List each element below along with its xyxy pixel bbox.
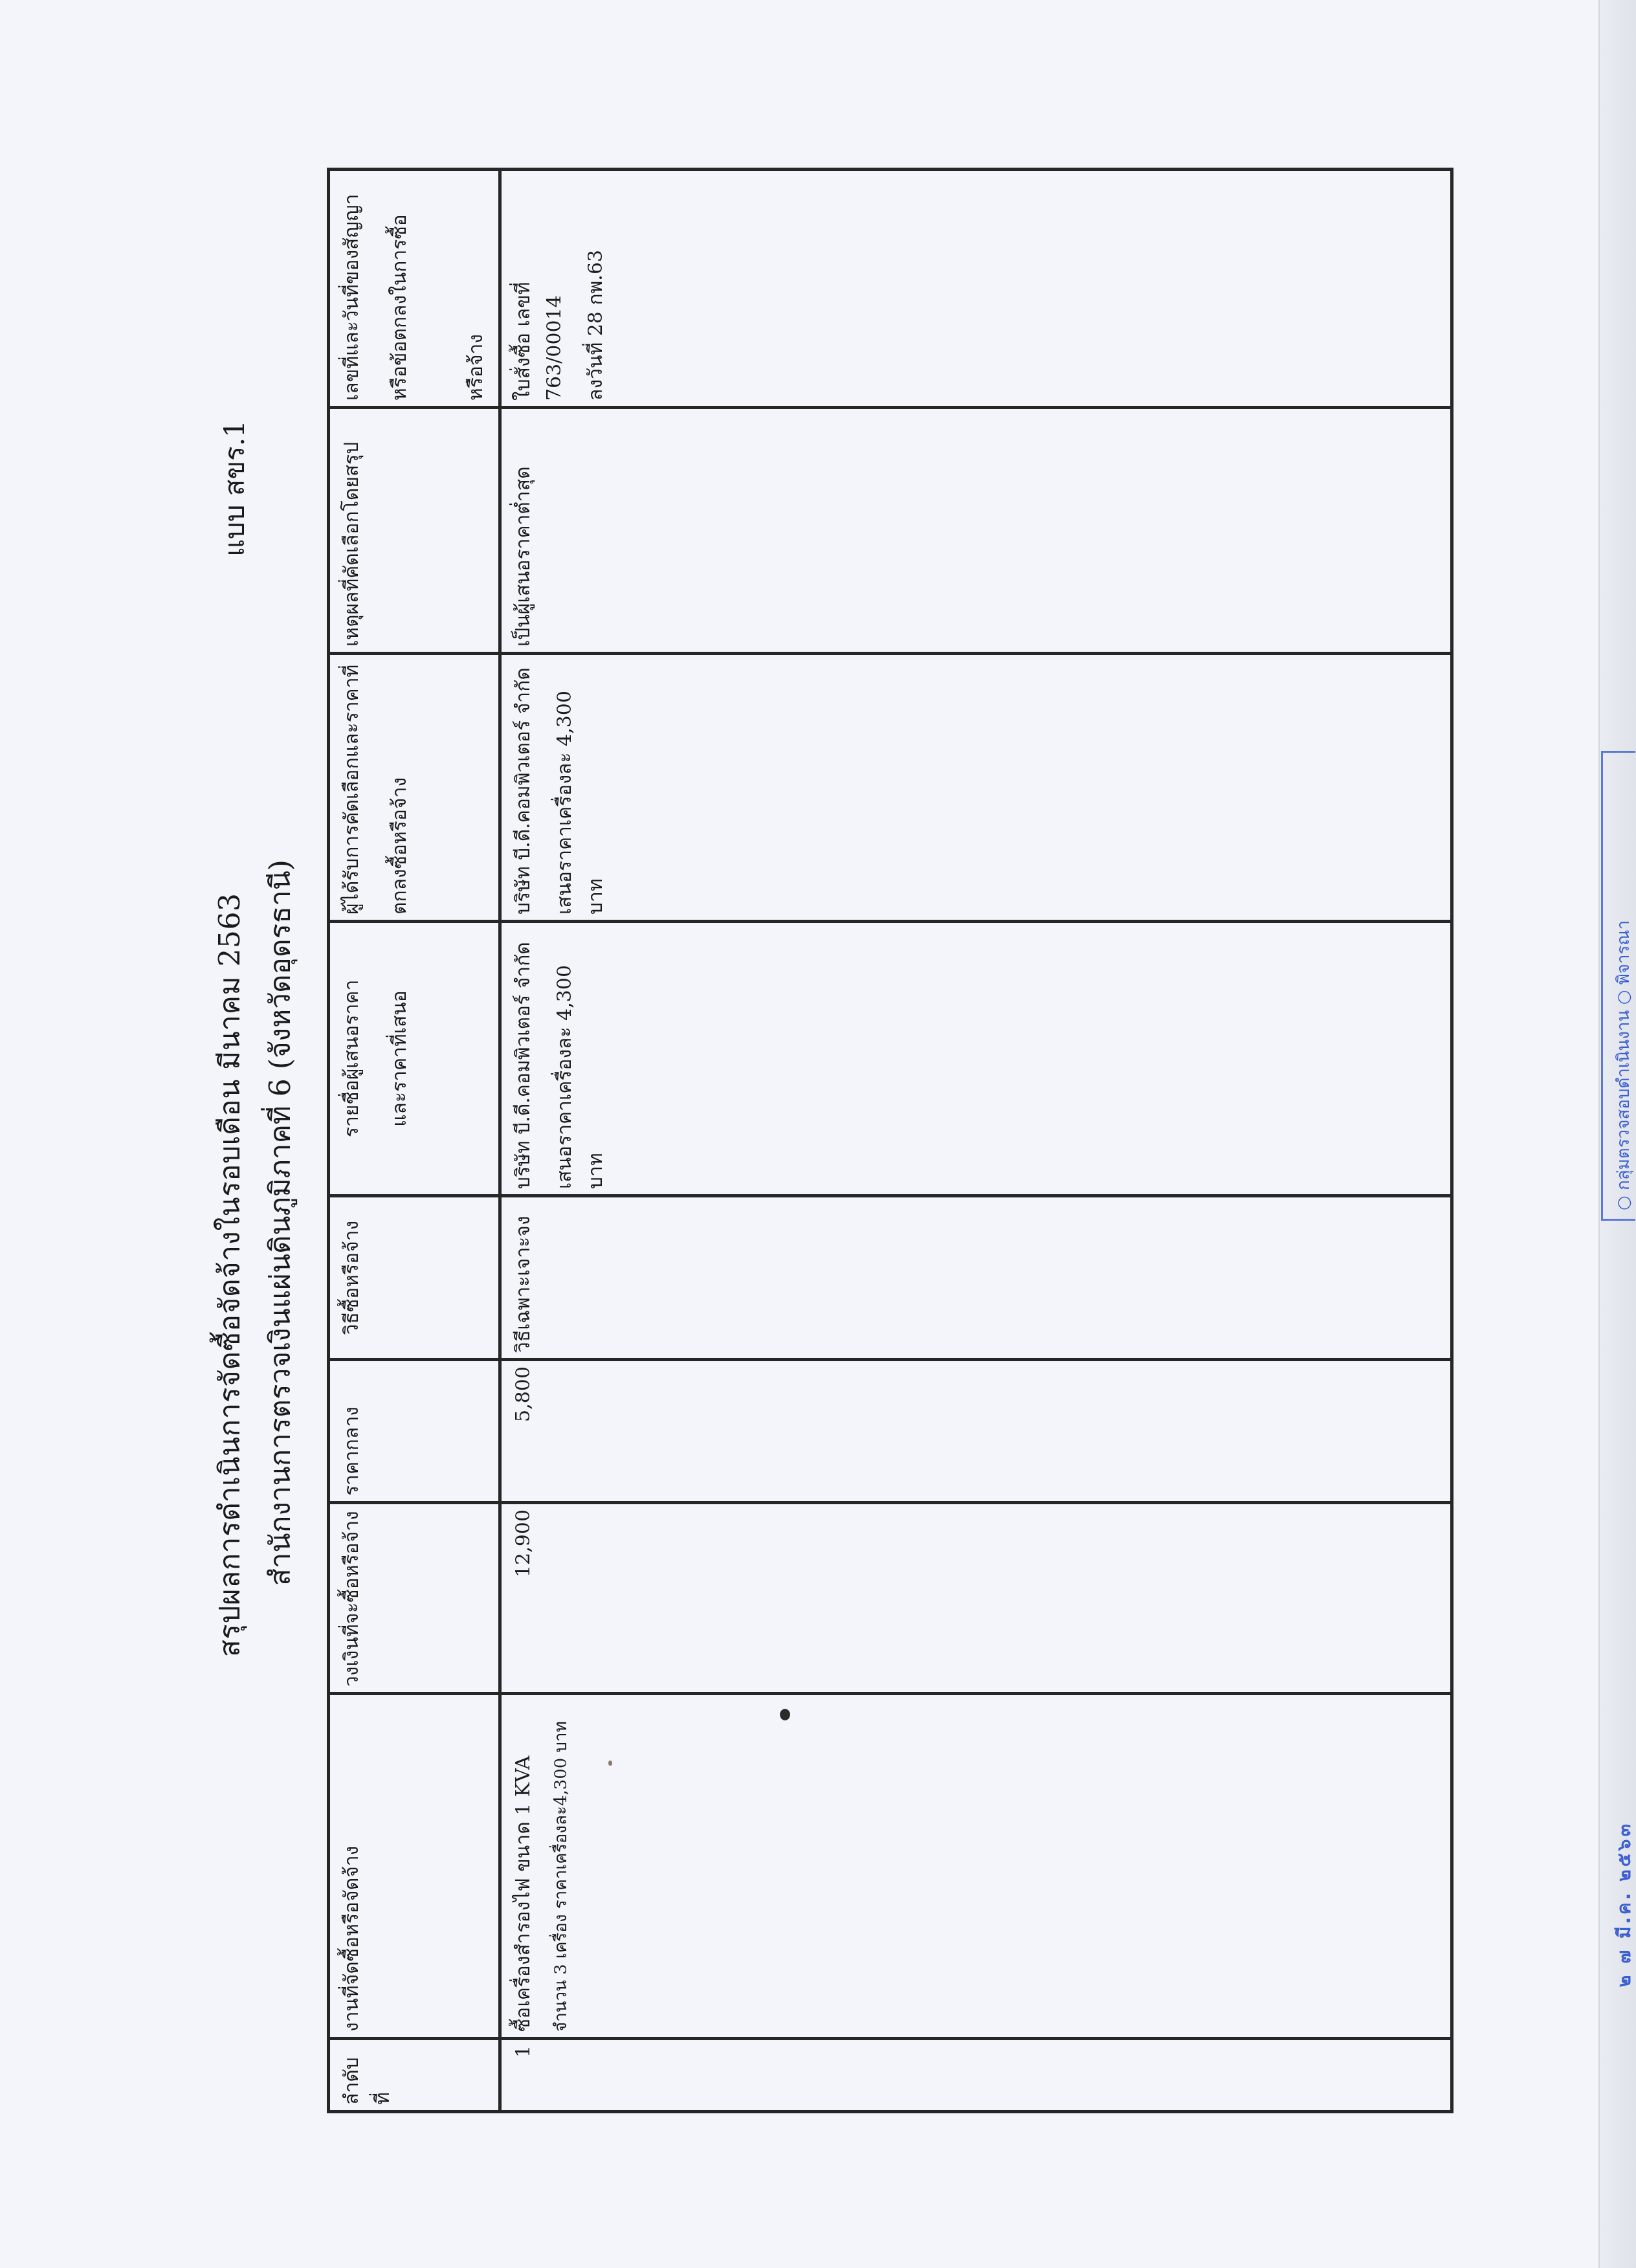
scan-speck [608,1761,612,1766]
cell-budget: 12,900 [500,1503,1452,1694]
table-header-row: ลำดับที่ งานที่จัดซื้อหรือจัดจ้าง วงเงิน… [329,170,500,2112]
header-bidders: รายชื่อผู้เสนอราคาและราคาที่เสนอ [329,922,500,1196]
cell-no: 1 [500,2039,1452,2112]
cell-reference-price: 5,800 [500,1360,1452,1503]
cell-reason: เป็นผู้เสนอราคาต่ำสุด [500,408,1452,654]
header-method: วิธีซื้อหรือจ้าง [329,1196,500,1360]
document-title: สรุปผลการดำเนินการจัดซื้อจัดจ้างในรอบเดื… [207,893,252,1657]
header-contract: เลขที่และวันที่ของสัญญาหรือข้อตกลงในการซ… [329,170,500,408]
routing-stamp: ○ กลุ่มตรวจสอบดำเนินงาน ○ พิจารณา [1610,920,1636,1210]
header-reason: เหตุผลที่คัดเลือกโดยสรุป [329,408,500,654]
cell-winner: บริษัท บี.ดี.คอมพิวเตอร์ จำกัด เสนอราคาเ… [500,654,1452,922]
table-row: 1 ซื้อเครื่องสำรองไฟ ขนาด 1 KVA จำนวน 3 … [500,170,1452,2112]
header-reference-price: ราคากลาง [329,1360,500,1503]
document-subtitle: สำนักงานการตรวจเงินแผ่นดินภูมิภาคที่ 6 (… [258,860,303,1586]
form-code: แบบ สขร.1 [214,420,256,557]
received-date-stamp: ๒ ๗ มี.ค. ๒๕๖๓ [1610,1821,1636,1987]
cell-contract: ใบสั่งซื้อ เลขที่ 763/00014 ลงวันที่ 28 … [500,170,1452,408]
cell-method: วิธีเฉพาะเจาะจง [500,1196,1452,1360]
procurement-table-wrap: ลำดับที่ งานที่จัดซื้อหรือจัดจ้าง วงเงิน… [327,171,1454,2113]
title-block: สรุปผลการดำเนินการจัดซื้อจัดจ้างในรอบเดื… [207,168,337,1657]
header-budget: วงเงินที่จะซื้อหรือจ้าง [329,1503,500,1694]
scan-speck [780,1709,790,1720]
cell-bidders: บริษัท บี.ดี.คอมพิวเตอร์ จำกัด เสนอราคาเ… [500,922,1452,1196]
header-no: ลำดับที่ [329,2039,500,2112]
header-winner: ผู้ได้รับการคัดเลือกและราคาที่ตกลงซื้อหร… [329,654,500,922]
cell-item: ซื้อเครื่องสำรองไฟ ขนาด 1 KVA จำนวน 3 เค… [500,1694,1452,2039]
header-item: งานที่จัดซื้อหรือจัดจ้าง [329,1694,500,2039]
procurement-table: ลำดับที่ งานที่จัดซื้อหรือจัดจ้าง วงเงิน… [327,168,1454,2113]
